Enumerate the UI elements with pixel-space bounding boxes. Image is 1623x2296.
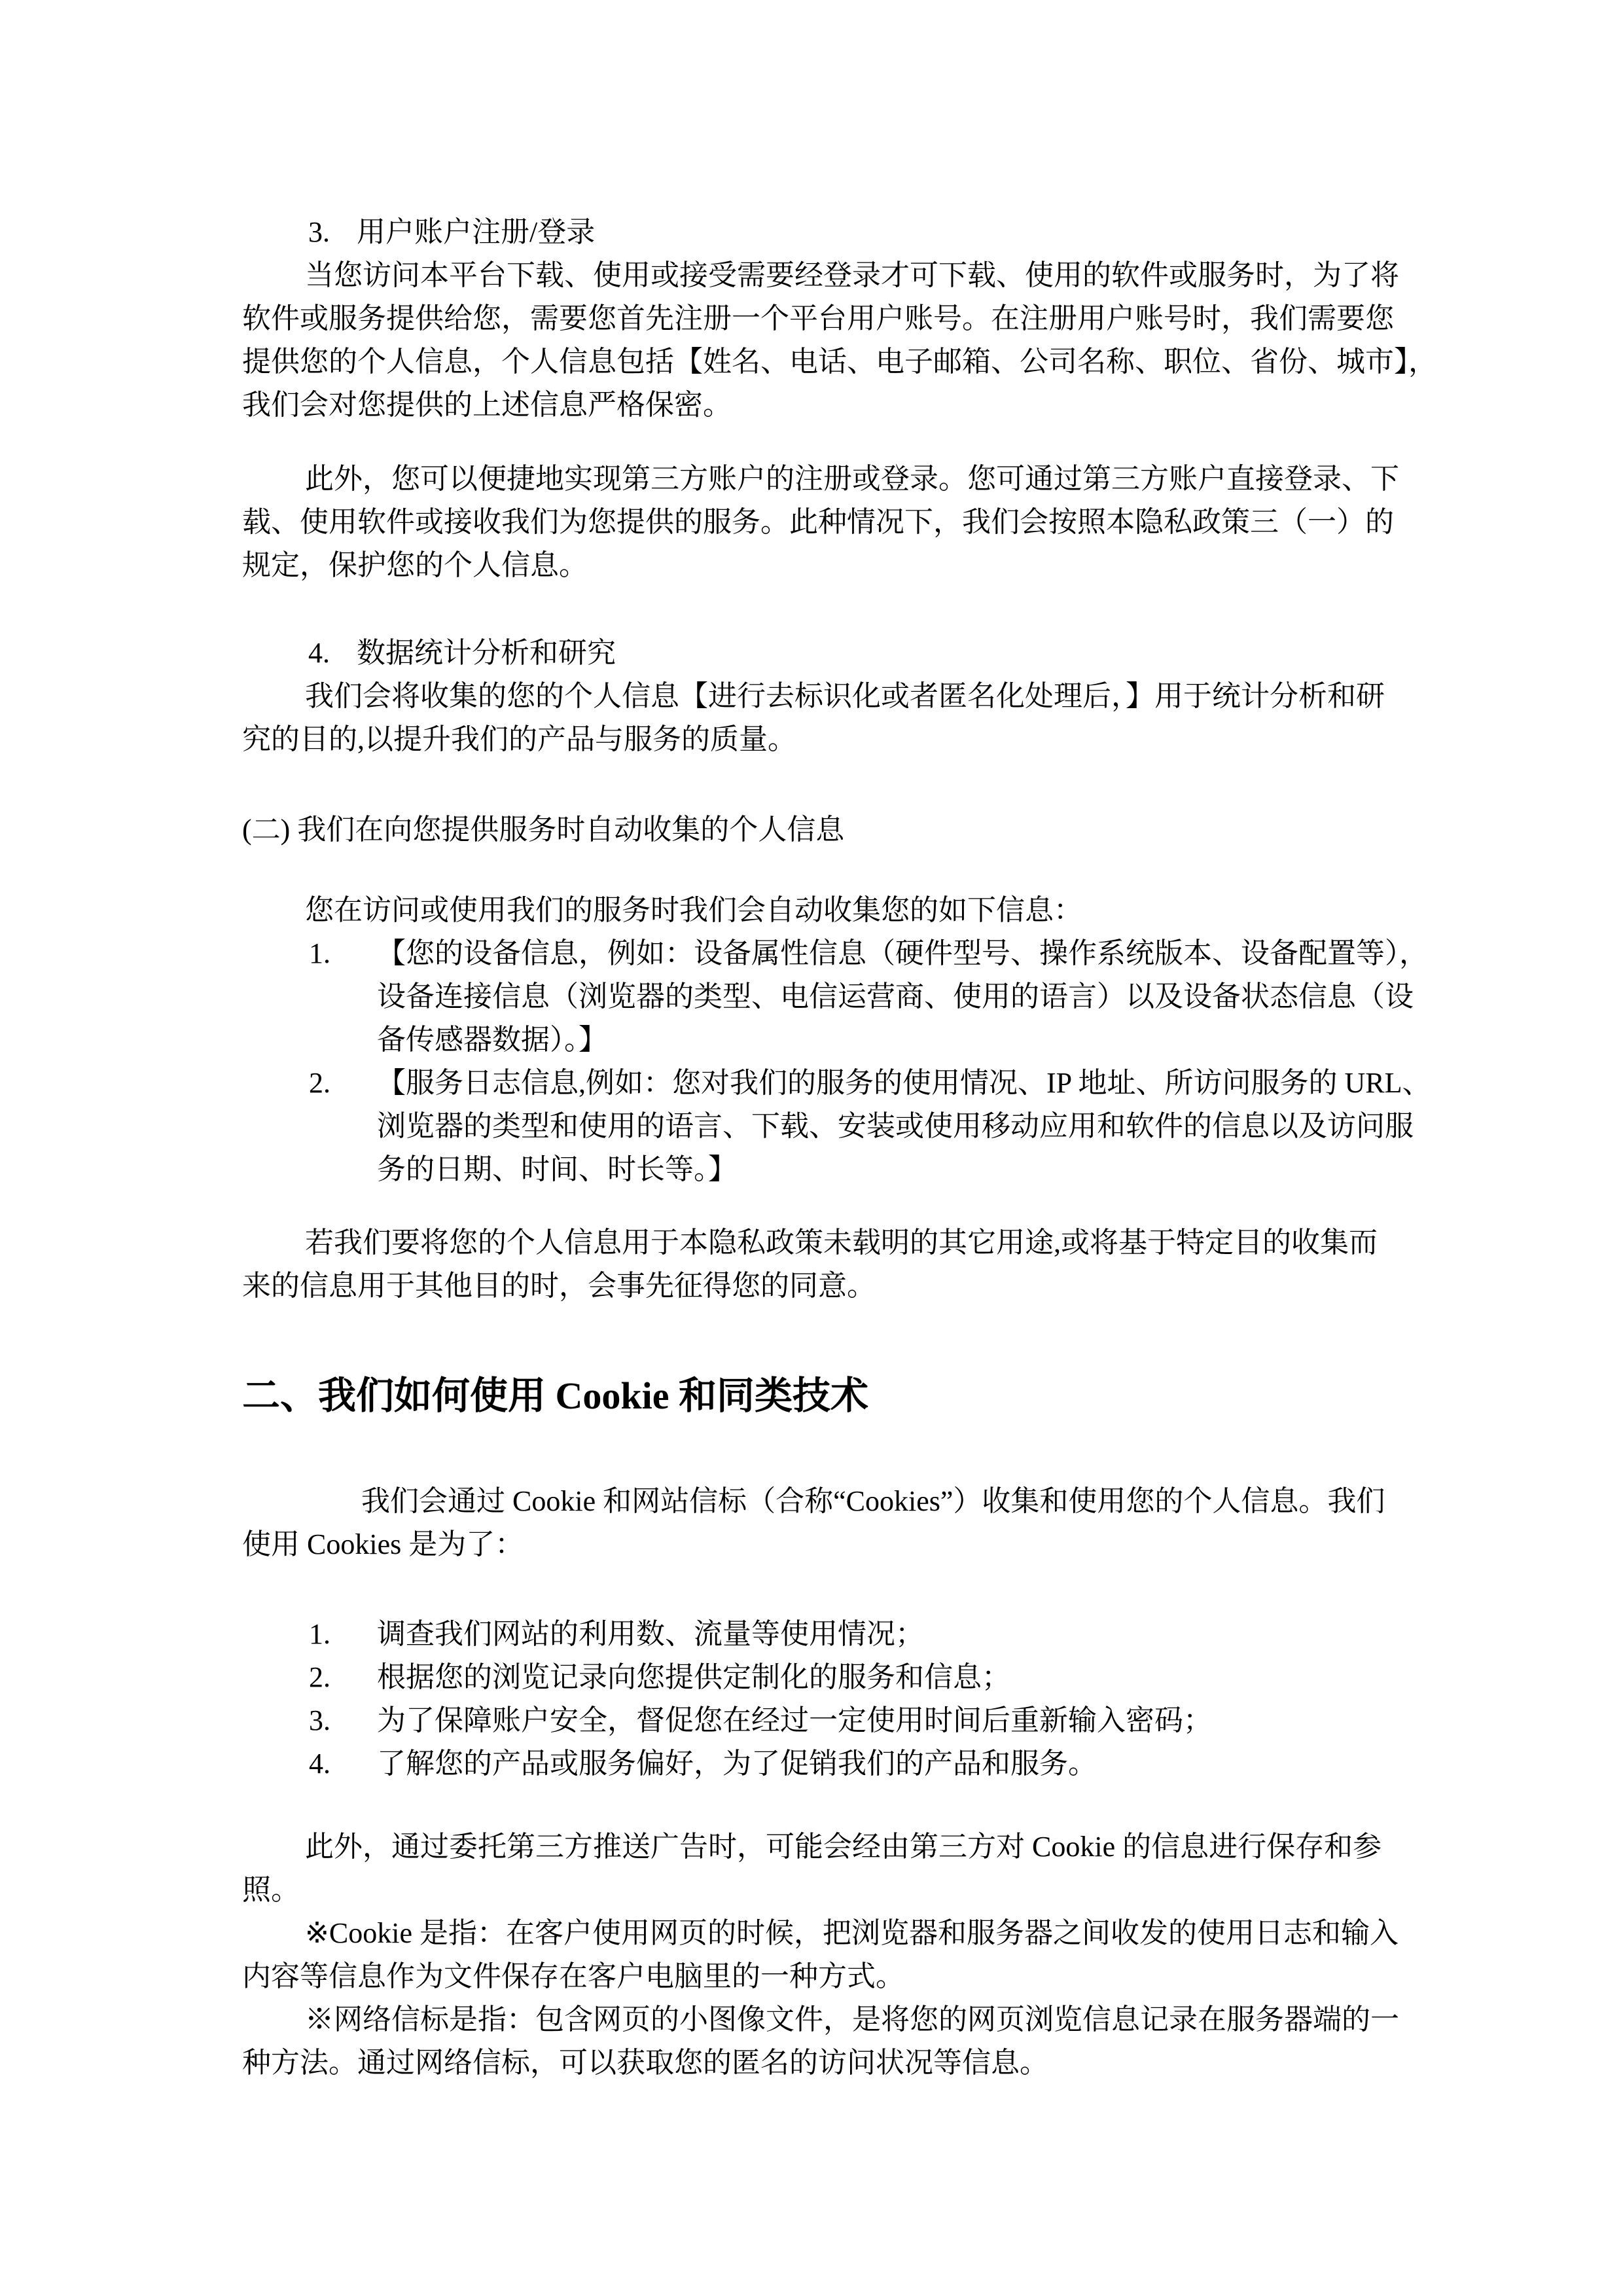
cookie-note-line: 内容等信息作为文件保存在客户电脑里的一种方式。 bbox=[242, 1955, 1387, 1998]
paragraph-line: 此外，通过委托第三方推送广告时，可能会经由第三方对 Cookie 的信息进行保存… bbox=[242, 1825, 1387, 1869]
web-beacon-note-line: 种方法。通过网络信标，可以获取您的匿名的访问状况等信息。 bbox=[242, 2041, 1387, 2085]
spacer bbox=[242, 852, 1387, 889]
section-heading: 二、我们如何使用 Cookie 和同类技术 bbox=[242, 1370, 1387, 1422]
list-number: 2. bbox=[309, 1656, 377, 1699]
paragraph-line: 来的信息用于其他目的时，会事先征得您的同意。 bbox=[242, 1265, 1387, 1308]
list-item-line: 备传感器数据）。】 bbox=[242, 1018, 1387, 1062]
paragraph-line: 我们会通过 Cookie 和网站信标（合称“Cookies”）收集和使用您的个人… bbox=[242, 1480, 1387, 1523]
paragraph-line: 我们会将收集的您的个人信息【进行去标识化或者匿名化处理后，】用于统计分析和研 bbox=[242, 675, 1387, 718]
list-item-line: 1.【您的设备信息，例如：设备属性信息（硬件型号、操作系统版本、设备配置等）， bbox=[242, 932, 1387, 975]
numbered-heading-3: 3.用户账户注册/登录 bbox=[242, 211, 1387, 254]
paragraph-line: 此外，您可以便捷地实现第三方账户的注册或登录。您可通过第三方账户直接登录、下 bbox=[242, 457, 1387, 501]
list-item-line: 设备连接信息（浏览器的类型、电信运营商、使用的语言）以及设备状态信息（设 bbox=[242, 975, 1387, 1018]
list-text: 调查我们网站的利用数、流量等使用情况； bbox=[377, 1618, 924, 1650]
list-number: 3. bbox=[308, 211, 357, 254]
list-text: 为了保障账户安全，督促您在经过一定使用时间后重新输入密码； bbox=[377, 1704, 1212, 1736]
paragraph-line: 提供您的个人信息，个人信息包括【姓名、电话、电子邮箱、公司名称、职位、省份、城市… bbox=[242, 340, 1387, 384]
list-number: 4. bbox=[309, 1742, 377, 1785]
list-item-line: 1.调查我们网站的利用数、流量等使用情况； bbox=[242, 1613, 1387, 1656]
web-beacon-note-line: ※网络信标是指：包含网页的小图像文件，是将您的网页浏览信息记录在服务器端的一 bbox=[242, 1998, 1387, 2041]
paragraph-line: 规定，保护您的个人信息。 bbox=[242, 544, 1387, 587]
list-number: 3. bbox=[309, 1699, 377, 1742]
document-page: 3.用户账户注册/登录 当您访问本平台下载、使用或接受需要经登录才可下载、使用的… bbox=[0, 0, 1623, 2296]
spacer bbox=[242, 761, 1387, 808]
heading-text: 数据统计分析和研究 bbox=[357, 637, 616, 669]
spacer bbox=[242, 1308, 1387, 1370]
spacer bbox=[242, 1785, 1387, 1825]
numbered-heading-4: 4.数据统计分析和研究 bbox=[242, 632, 1387, 675]
list-item-line: 务的日期、时间、时长等。】 bbox=[242, 1148, 1387, 1191]
cookie-note-line: ※Cookie 是指：在客户使用网页的时候，把浏览器和服务器之间收发的使用日志和… bbox=[242, 1912, 1387, 1955]
subsection-heading: (二) 我们在向您提供服务时自动收集的个人信息 bbox=[242, 808, 1387, 852]
list-item-line: 4.了解您的产品或服务偏好，为了促销我们的产品和服务。 bbox=[242, 1742, 1387, 1785]
list-number: 1. bbox=[309, 932, 377, 975]
list-text: 根据您的浏览记录向您提供定制化的服务和信息； bbox=[377, 1661, 1010, 1693]
list-text: 【您的设备信息，例如：设备属性信息（硬件型号、操作系统版本、设备配置等）， bbox=[377, 937, 1428, 969]
spacer bbox=[242, 1191, 1387, 1221]
list-item-line: 浏览器的类型和使用的语言、下载、安装或使用移动应用和软件的信息以及访问服 bbox=[242, 1105, 1387, 1148]
paragraph-line: 软件或服务提供给您，需要您首先注册一个平台用户账号。在注册用户账号时，我们需要您 bbox=[242, 297, 1387, 340]
list-text: 了解您的产品或服务偏好，为了促销我们的产品和服务。 bbox=[377, 1748, 1097, 1780]
paragraph-line: 我们会对您提供的上述信息严格保密。 bbox=[242, 384, 1387, 427]
heading-text: 用户账户注册/登录 bbox=[357, 216, 595, 248]
paragraph-line: 若我们要将您的个人信息用于本隐私政策未载明的其它用途,或将基于特定目的收集而 bbox=[242, 1221, 1387, 1265]
spacer bbox=[242, 1566, 1387, 1613]
spacer bbox=[242, 427, 1387, 457]
spacer bbox=[242, 1422, 1387, 1480]
list-item-line: 2.根据您的浏览记录向您提供定制化的服务和信息； bbox=[242, 1656, 1387, 1699]
list-number: 2. bbox=[309, 1062, 377, 1105]
paragraph-line: 您在访问或使用我们的服务时我们会自动收集您的如下信息： bbox=[242, 889, 1387, 932]
list-number: 1. bbox=[309, 1613, 377, 1656]
paragraph-line: 当您访问本平台下载、使用或接受需要经登录才可下载、使用的软件或服务时，为了将 bbox=[242, 254, 1387, 297]
list-item-line: 3.为了保障账户安全，督促您在经过一定使用时间后重新输入密码； bbox=[242, 1699, 1387, 1742]
list-item-line: 2.【服务日志信息,例如：您对我们的服务的使用情况、IP 地址、所访问服务的 U… bbox=[242, 1062, 1387, 1105]
paragraph-line: 究的目的,以提升我们的产品与服务的质量。 bbox=[242, 718, 1387, 761]
list-text: 【服务日志信息,例如：您对我们的服务的使用情况、IP 地址、所访问服务的 URL… bbox=[377, 1067, 1431, 1099]
paragraph-line: 照。 bbox=[242, 1869, 1387, 1912]
list-number: 4. bbox=[308, 632, 357, 675]
paragraph-line: 使用 Cookies 是为了： bbox=[242, 1523, 1387, 1566]
paragraph-line: 载、使用软件或接收我们为您提供的服务。此种情况下，我们会按照本隐私政策三（一）的 bbox=[242, 501, 1387, 544]
spacer bbox=[242, 587, 1387, 632]
document-content: 3.用户账户注册/登录 当您访问本平台下载、使用或接受需要经登录才可下载、使用的… bbox=[0, 0, 1623, 2085]
